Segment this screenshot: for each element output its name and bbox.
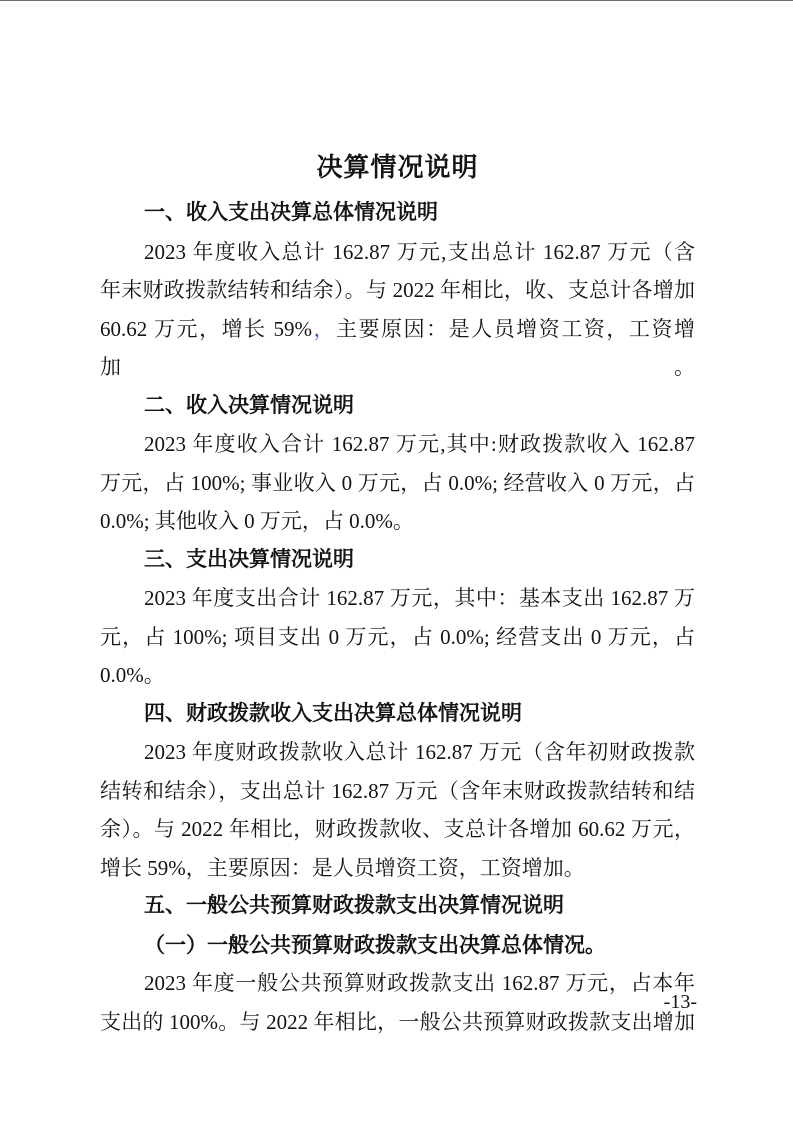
paragraph-line: 增长 59%，主要原因：是人员增资工资，工资增加。 <box>100 849 695 888</box>
paragraph-line: 2023 年度财政拨款收入总计 162.87 万元（含年初财政拨款 <box>100 733 695 772</box>
highlighted-comma: ， <box>312 317 336 341</box>
paragraph-line: 元，占 100%; 项目支出 0 万元，占 0.0%; 经营支出 0 万元，占 <box>100 618 695 657</box>
paragraph-line: 结转和结余），支出总计 162.87 万元（含年末财政拨款结转和结 <box>100 772 695 811</box>
document-content: 决算情况说明 一、收入支出决算总体情况说明 2023 年度收入总计 162.87… <box>100 147 695 1041</box>
section-5-subheading: （一）一般公共预算财政拨款支出决算总体情况。 <box>100 926 695 965</box>
paragraph-line: 余）。与 2022 年相比，财政拨款收、支总计各增加 60.62 万元， <box>100 810 695 849</box>
paragraph-line: 60.62 万元，增长 59%，主要原因：是人员增资工资，工资增加。 <box>100 310 695 387</box>
paragraph-line: 2023 年度一般公共预算财政拨款支出 162.87 万元，占本年 <box>100 964 695 1003</box>
document-page: 决算情况说明 一、收入支出决算总体情况说明 2023 年度收入总计 162.87… <box>0 0 793 1122</box>
paragraph-line: 0.0%。 <box>100 656 695 695</box>
paragraph-line: 2023 年度收入总计 162.87 万元,支出总计 162.87 万元（含 <box>100 233 695 272</box>
section-3-heading: 三、支出决算情况说明 <box>100 541 695 580</box>
section-5-heading: 五、一般公共预算财政拨款支出决算情况说明 <box>100 887 695 926</box>
section-2-heading: 二、收入决算情况说明 <box>100 387 695 426</box>
document-title: 决算情况说明 <box>100 147 695 189</box>
section-4-heading: 四、财政拨款收入支出决算总体情况说明 <box>100 695 695 734</box>
section-1-heading: 一、收入支出决算总体情况说明 <box>100 194 695 233</box>
page-number: -13- <box>664 991 697 1014</box>
paragraph-line: 2023 年度收入合计 162.87 万元,其中:财政拨款收入 162.87 <box>100 425 695 464</box>
paragraph-text: 60.62 万元，增长 59% <box>100 317 312 341</box>
paragraph-line: 2023 年度支出合计 162.87 万元，其中：基本支出 162.87 万 <box>100 579 695 618</box>
paragraph-line: 年末财政拨款结转和结余）。与 2022 年相比，收、支总计各增加 <box>100 271 695 310</box>
paragraph-line: 支出的 100%。与 2022 年相比，一般公共预算财政拨款支出增加 <box>100 1003 695 1042</box>
paragraph-line: 0.0%; 其他收入 0 万元，占 0.0%。 <box>100 502 695 541</box>
paragraph-line: 万元，占 100%; 事业收入 0 万元，占 0.0%; 经营收入 0 万元，占 <box>100 464 695 503</box>
